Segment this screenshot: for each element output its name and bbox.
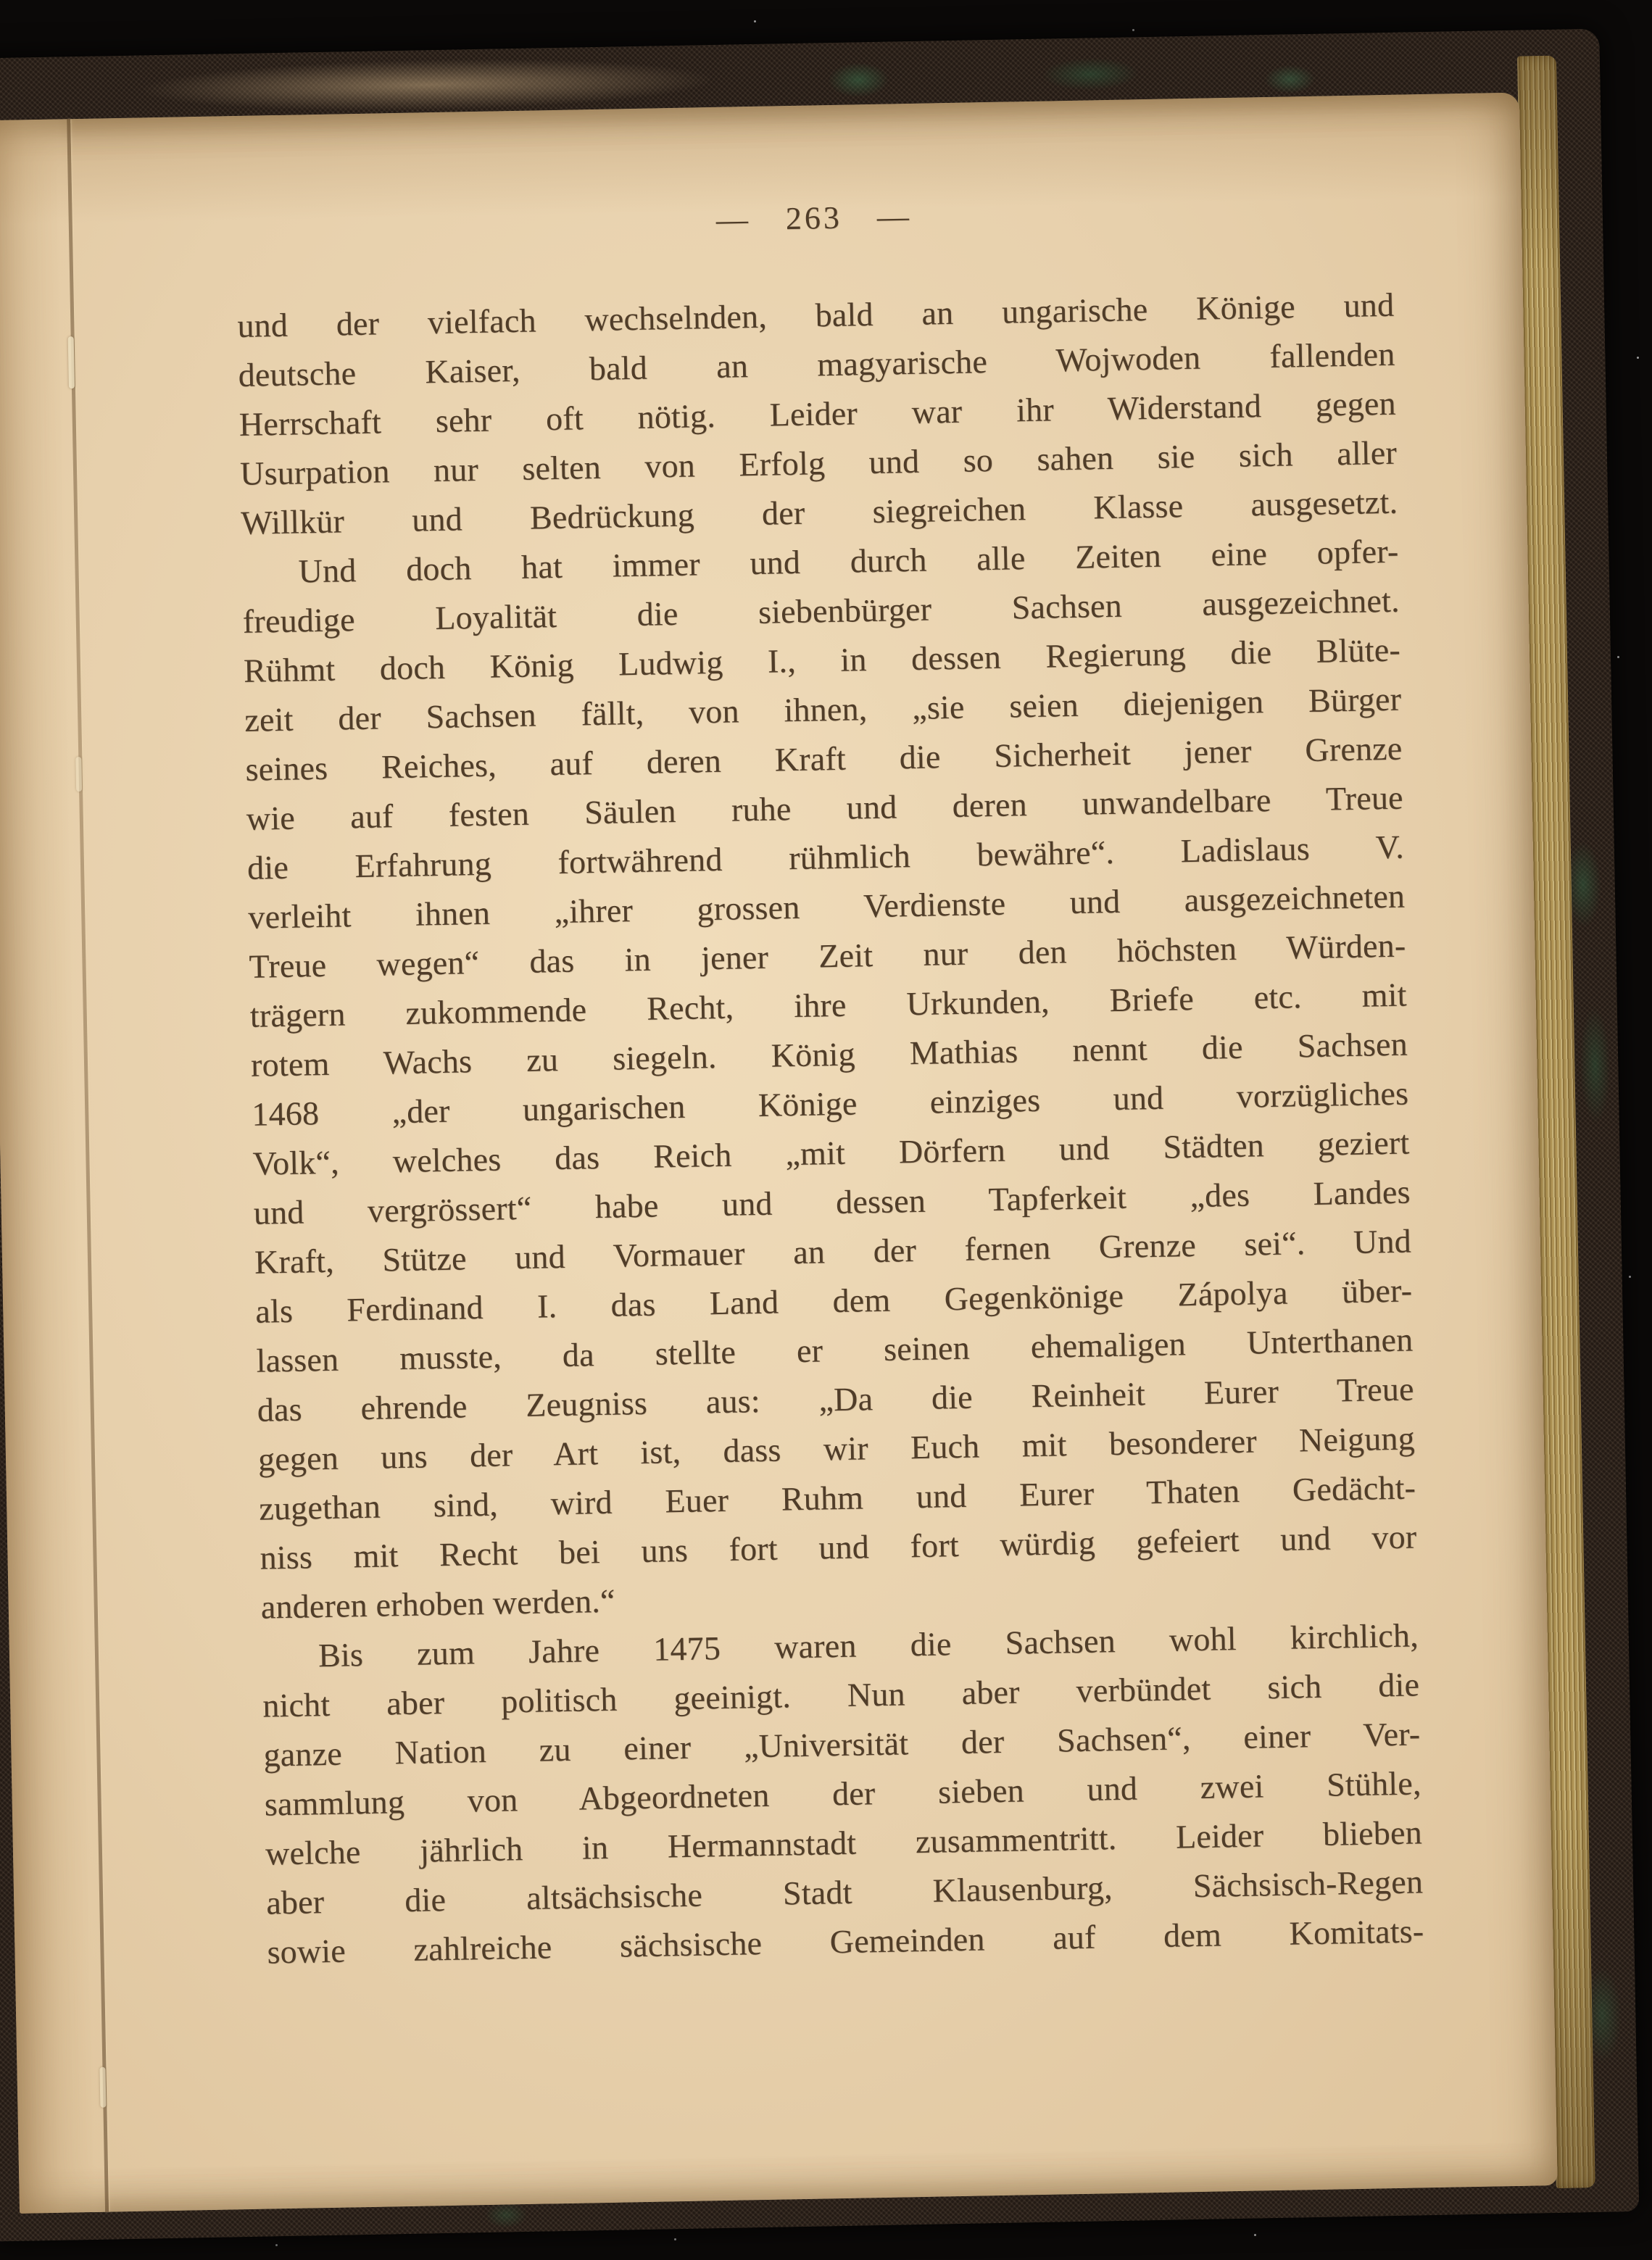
paragraph: Und doch hat immer und durch alle Zeiten… xyxy=(241,527,1418,1632)
paragraph: und der vielfach wechselnden, bald an un… xyxy=(237,281,1398,548)
binding-stitch xyxy=(68,336,75,389)
page-number: — 263 — xyxy=(235,189,1392,247)
paragraph: Bis zum Jahre 1475 waren die Sachsen woh… xyxy=(261,1611,1424,1977)
book-page: — 263 — und der vielfach wechselnden, ba… xyxy=(0,93,1558,2214)
binding-stitch xyxy=(99,2067,106,2108)
binding-stitch xyxy=(75,757,82,792)
book: — 263 — und der vielfach wechselnden, ba… xyxy=(0,28,1639,2241)
page-gutter-shadow xyxy=(0,119,115,2214)
text-block: und der vielfach wechselnden, bald an un… xyxy=(237,281,1424,1977)
photo-background: — 263 — und der vielfach wechselnden, ba… xyxy=(0,0,1652,2260)
